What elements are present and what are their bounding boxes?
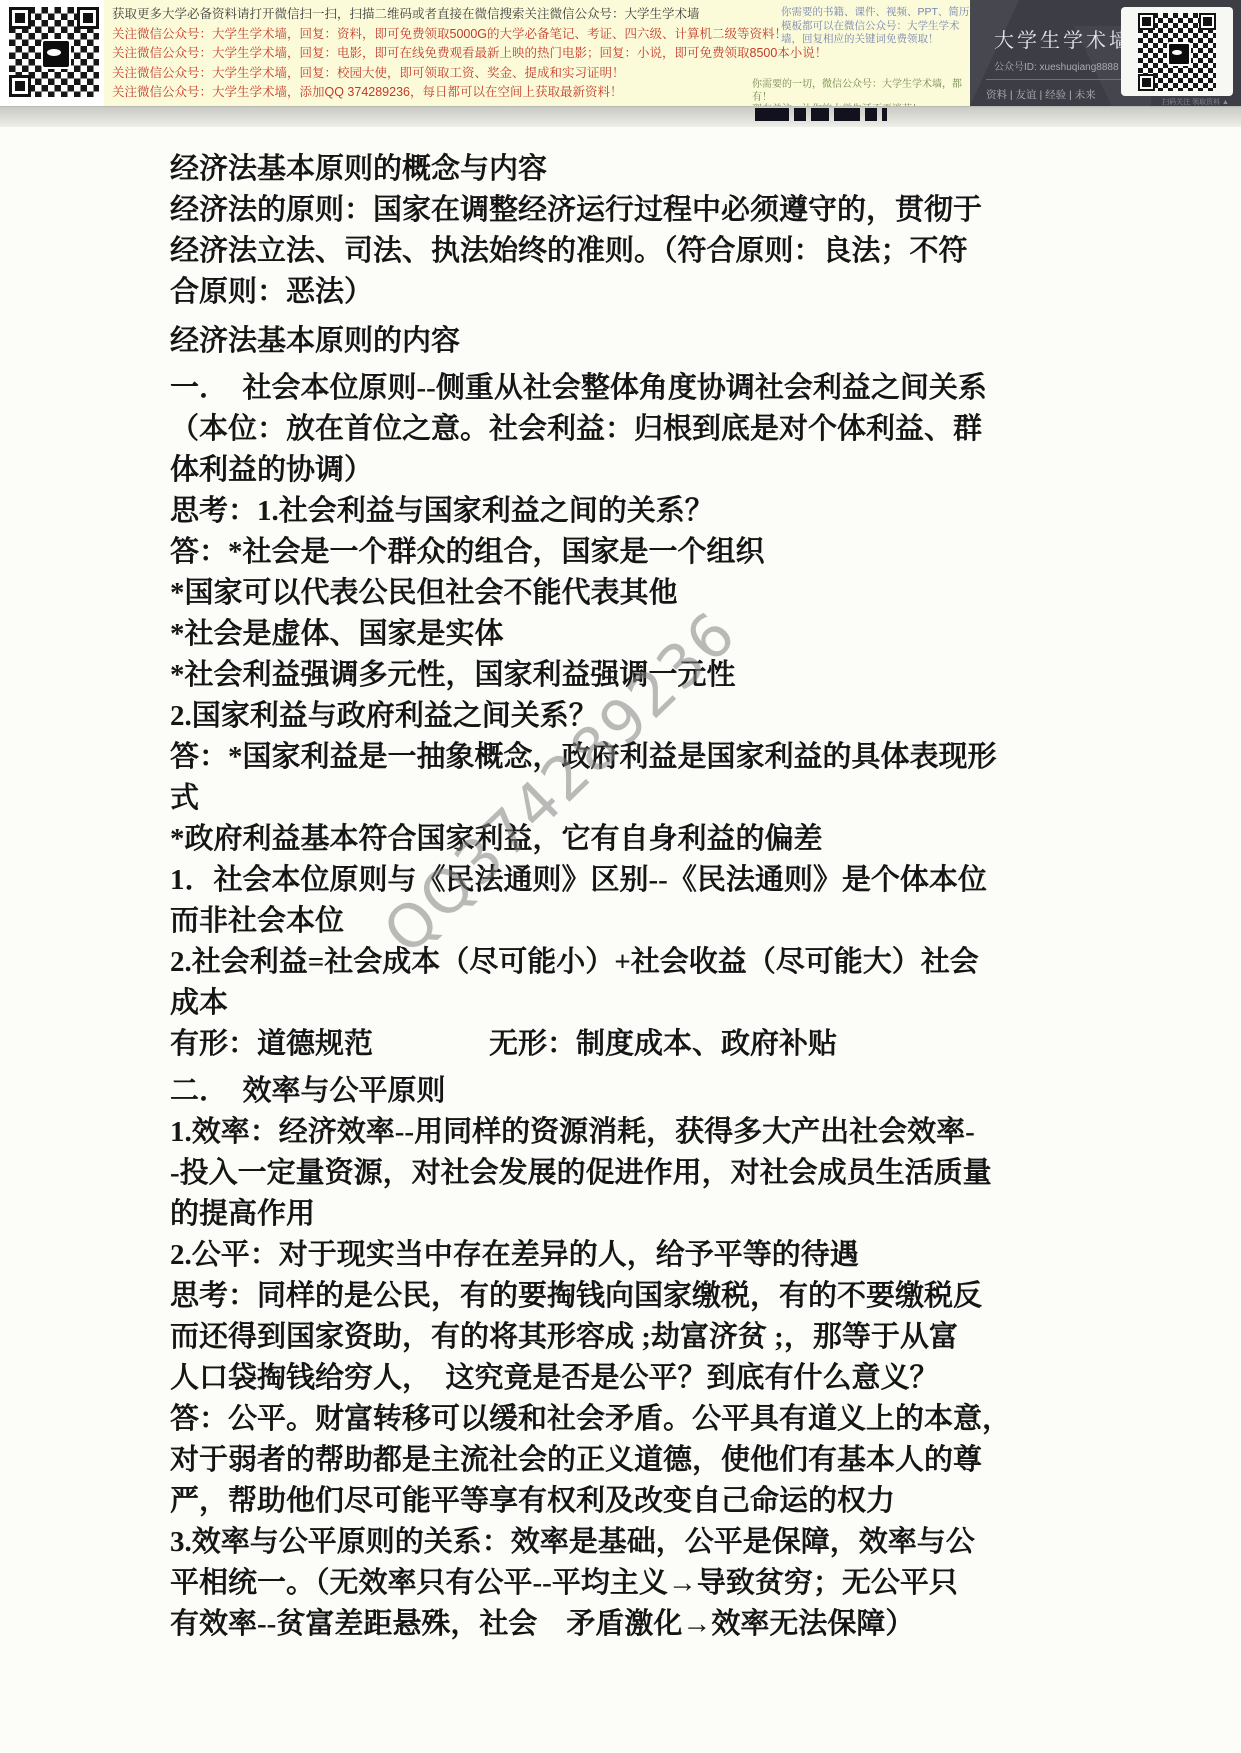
graduation-cap-icon (1167, 42, 1191, 66)
promo-banner: 获取更多大学必备资料请打开微信扫一扫，扫描二维码或者直接在微信搜索关注微信公众号… (0, 0, 1241, 106)
document-page: 经济法基本原则的概念与内容经济法的原则：国家在调整经济运行过程中必须遵守的，贯彻… (0, 127, 1241, 1645)
document-line: 经济法立法、司法、执法始终的准则。（符合原则：良法；不符 (170, 231, 1241, 272)
clipped-block (794, 108, 806, 121)
graduation-cap-icon (41, 39, 71, 69)
qr-finder-icon (9, 75, 31, 97)
clipped-block (834, 108, 860, 121)
banner-message: 关注微信公众号：大学生学术墙，回复：资料，即可免费领取5000G的大学必备笔记、… (112, 25, 827, 45)
document-line: 有形：道德规范 无形：制度成本、政府补贴 (170, 1024, 1241, 1065)
banner-message: 获取更多大学必备资料请打开微信扫一扫，扫描二维码或者直接在微信搜索关注微信公众号… (112, 5, 827, 25)
document-line: 答：公平。财富转移可以缓和社会矛盾。公平具有道义上的本意， (170, 1399, 1241, 1440)
document-line: 3.效率与公平原则的关系：效率是基础，公平是保障，效率与公 (170, 1522, 1241, 1563)
qr-finder-icon (1138, 74, 1155, 91)
document-line: 一． 社会本位原则--侧重从社会整体角度协调社会利益之间关系 (170, 368, 1241, 409)
scanned-document-page: 获取更多大学必备资料请打开微信扫一扫，扫描二维码或者直接在微信搜索关注微信公众号… (0, 0, 1241, 1753)
clipped-text-fragment (755, 108, 887, 121)
green-note-line: 现在关注，让你的大学生活不再迷茫！ (752, 104, 970, 106)
wechat-qr-code-right (1138, 13, 1216, 91)
panel-divider (986, 79, 1128, 80)
qr-caption: 扫码关注 领取资料 ▲ (1162, 97, 1229, 106)
document-line: 答：*社会是一个群众的组合，国家是一个组织 (170, 532, 1241, 573)
document-line: 有效率--贫富差距悬殊，社会 矛盾激化→效率无法保障） (170, 1604, 1241, 1645)
qr-card (1121, 7, 1233, 96)
brand-account-id: 公众号ID: xueshuqiang8888 (994, 58, 1119, 73)
qr-finder-icon (9, 7, 31, 29)
document-line: 经济法的原则：国家在调整经济运行过程中必须遵守的，贯彻于 (170, 190, 1241, 231)
document-line: *社会利益强调多元性，国家利益强调一元性 (170, 655, 1241, 696)
document-line: 经济法基本原则的内容 (170, 321, 1241, 362)
banner-left-section (0, 0, 104, 106)
document-line: 体利益的协调） (170, 450, 1241, 491)
banner-message-area: 获取更多大学必备资料请打开微信扫一扫，扫描二维码或者直接在微信搜索关注微信公众号… (104, 0, 970, 106)
document-line: 2.社会利益=社会成本（尽可能小）+社会收益（尽可能大）社会 (170, 942, 1241, 983)
document-line: 而非社会本位 (170, 901, 1241, 942)
document-line: 成本 (170, 983, 1241, 1024)
clipped-block (865, 108, 877, 121)
document-line: *社会是虚体、国家是实体 (170, 614, 1241, 655)
document-line: 思考：1.社会利益与国家利益之间的关系？ (170, 491, 1241, 532)
document-line: 式 (170, 778, 1241, 819)
document-line: 2.公平：对于现实当中存在差异的人，给予平等的待遇 (170, 1235, 1241, 1276)
document-line: 1.效率：经济效率--用同样的资源消耗，获得多大产出社会效率- (170, 1112, 1241, 1153)
banner-message-list: 获取更多大学必备资料请打开微信扫一扫，扫描二维码或者直接在微信搜索关注微信公众号… (112, 5, 827, 103)
document-line: 人口袋掏钱给穷人， 这究竟是否是公平？到底有什么意义？ (170, 1358, 1241, 1399)
document-line: 严，帮助他们尽可能平等享有权利及改变自己命运的权力 (170, 1481, 1241, 1522)
document-line: 平相统一。（无效率只有公平--平均主义→导致贫穷；无公平只 (170, 1563, 1241, 1604)
document-line: 1．社会本位原则与《民法通则》区别--《民法通则》是个体本位 (170, 860, 1241, 901)
qr-finder-icon (1199, 13, 1216, 30)
document-line: 经济法基本原则的概念与内容 (170, 149, 1241, 190)
document-line: 思考：同样的是公民，有的要掏钱向国家缴税，有的不要缴税反 (170, 1276, 1241, 1317)
document-line: *政府利益基本符合国家利益，它有自身利益的偏差 (170, 819, 1241, 860)
brand-title: 大学生学术墙 (994, 24, 1132, 53)
clipped-block (811, 108, 829, 121)
document-body: 经济法基本原则的概念与内容经济法的原则：国家在调整经济运行过程中必须遵守的，贯彻… (0, 127, 1241, 1645)
banner-message: 关注微信公众号：大学生学术墙，添加QQ 374289236，每日都可以在空间上获… (112, 83, 827, 103)
document-line: 而还得到国家资助，有的将其形容成 ;劫富济贫 ;，那等于从富 (170, 1317, 1241, 1358)
scan-edge-strip (0, 106, 1241, 127)
document-line: 二． 效率与公平原则 (170, 1071, 1241, 1112)
clipped-block (882, 108, 887, 121)
brand-tags: 资料 | 友谊 | 经验 | 未来 (986, 87, 1096, 102)
document-line: （本位：放在首位之意。社会利益：归根到底是对个体利益、群 (170, 409, 1241, 450)
banner-message: 关注微信公众号：大学生学术墙，回复：校园大使，即可领取工资、奖金、提成和实习证明… (112, 64, 827, 84)
qr-finder-icon (77, 7, 99, 29)
document-line: 2.国家利益与政府利益之间关系？ (170, 696, 1241, 737)
qr-finder-icon (1138, 13, 1155, 30)
document-line: 对于弱者的帮助都是主流社会的正义道德，使他们有基本人的尊 (170, 1440, 1241, 1481)
clipped-block (755, 108, 789, 121)
banner-message: 关注微信公众号：大学生学术墙，回复：电影，即可在线免费观看最新上映的热门电影；回… (112, 44, 827, 64)
document-line: 合原则：恶法） (170, 272, 1241, 313)
wechat-qr-code-left (9, 7, 99, 97)
document-line: 的提高作用 (170, 1194, 1241, 1235)
brand-panel: 大学生学术墙 公众号ID: xueshuqiang8888 资料 | 友谊 | … (970, 0, 1241, 106)
document-line: -投入一定量资源，对社会发展的促进作用，对社会成员生活质量 (170, 1153, 1241, 1194)
document-line: 答：*国家利益是一抽象概念，政府利益是国家利益的具体表现形 (170, 737, 1241, 778)
document-line: *国家可以代表公民但社会不能代表其他 (170, 573, 1241, 614)
